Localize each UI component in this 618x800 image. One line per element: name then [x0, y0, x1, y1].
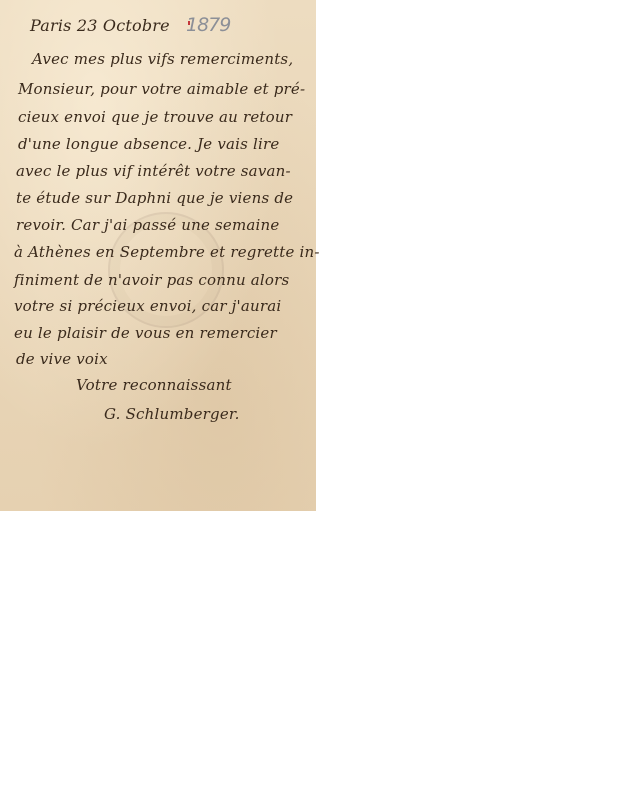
closing: Votre reconnaissant	[76, 376, 232, 394]
letter-line: avec le plus vif intérêt votre savan-	[16, 162, 291, 180]
dateline: Paris 23 Octobre	[30, 16, 170, 35]
letter-line: Avec mes plus vifs remerciments,	[32, 50, 293, 68]
letter-page: Paris 23 Octobre 1879 Avec mes plus vifs…	[0, 0, 316, 511]
letter-line: finiment de n'avoir pas connu alors	[14, 271, 289, 289]
letter-line: votre si précieux envoi, car j'aurai	[14, 297, 281, 315]
letter-line: eu le plaisir de vous en remercier	[14, 324, 277, 342]
letter-line: de vive voix	[16, 350, 108, 368]
pencil-year-annotation: 1879	[186, 14, 230, 36]
letter-line: à Athènes en Septembre et regrette in-	[14, 243, 320, 261]
letter-line: te étude sur Daphni que je viens de	[16, 189, 293, 207]
letter-line: d'une longue absence. Je vais lire	[18, 135, 279, 153]
letter-line: Monsieur, pour votre aimable et pré-	[18, 80, 305, 98]
letter-line: cieux envoi que je trouve au retour	[18, 108, 292, 126]
signature: G. Schlumberger.	[104, 405, 240, 423]
letter-line: revoir. Car j'ai passé une semaine	[16, 216, 279, 234]
